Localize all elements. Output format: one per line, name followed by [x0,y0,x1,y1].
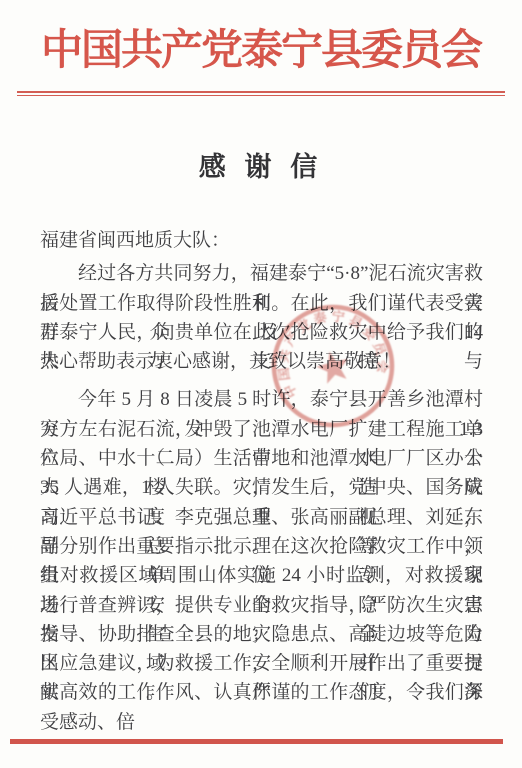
body-line: 出应急建议，为救援工作安全顺利开展作出了重要贡献。你们务 [40,649,483,678]
body-line: 经过各方共同努力，福建泰宁“5·8”泥石流灾害救援和善 [40,259,483,288]
body-line: 习近平总书记、李克强总理、张高丽副总理、刘延东副总理等领 [40,503,483,532]
body-line: 实高效的工作作风、认真严谨的工作态度，令我们深受感动、倍 [40,678,483,707]
body-line: 导分别作出重要指示批示。在这次抢险救灾工作中，贵单位专家 [40,532,483,561]
letterhead-org-name: 中国共产党泰宁县委员会 [0,26,522,76]
body-line: 六局、中水十二局）生活营地和池潭水电厂厂区办公大楼，造成 [40,444,483,473]
letter-page: 中国共产党泰宁县委员会 感 谢 信 福建省闽西地质大队： 经过各方共同努力，福建… [0,0,522,768]
salutation-line: 福建省闽西地质大队： [40,226,483,255]
body-line: 指导、协助排查全县的地灾隐患点、高陡边坡等危险区域，并提 [40,620,483,649]
body-line: 今年 5 月 8 日凌晨 5 时许，泰宁县开善乡池潭村突发 1.3 [40,385,483,414]
footer-rule [10,739,503,744]
body-line: 35 人遇难，1 人失联。灾情发生后，党中央、国务院高度重视， [40,473,483,502]
body-line: 万方左右泥石流，冲毁了池潭水电厂扩建工程施工单位（中水十 [40,415,483,444]
paragraph-1: 经过各方共同努力，福建泰宁“5·8”泥石流灾害救援和善 后处置工作取得阶段性胜利… [40,259,483,376]
body-line: 进行普查辨识，提供专业的救灾指导，严防次生灾害发生；全力 [40,591,483,620]
body-line: 组对救援区域周围山体实施 24 小时监测，对救援现场安全隐患 [40,561,483,590]
body-line: 万泰宁人民，向贵单位在此次抢险救灾中给予我们的大力支持与 [40,318,483,347]
letterhead-divider-rule [17,91,505,96]
body-line: 后处置工作取得阶段性胜利。在此，我们谨代表受灾群众及 14 [40,289,483,318]
paragraph-2: 今年 5 月 8 日凌晨 5 时许，泰宁县开善乡池潭村突发 1.3 万方左右泥石… [40,385,483,707]
letter-title: 感 谢 信 [0,150,522,184]
letter-body: 福建省闽西地质大队： 经过各方共同努力，福建泰宁“5·8”泥石流灾害救援和善 后… [40,226,483,708]
